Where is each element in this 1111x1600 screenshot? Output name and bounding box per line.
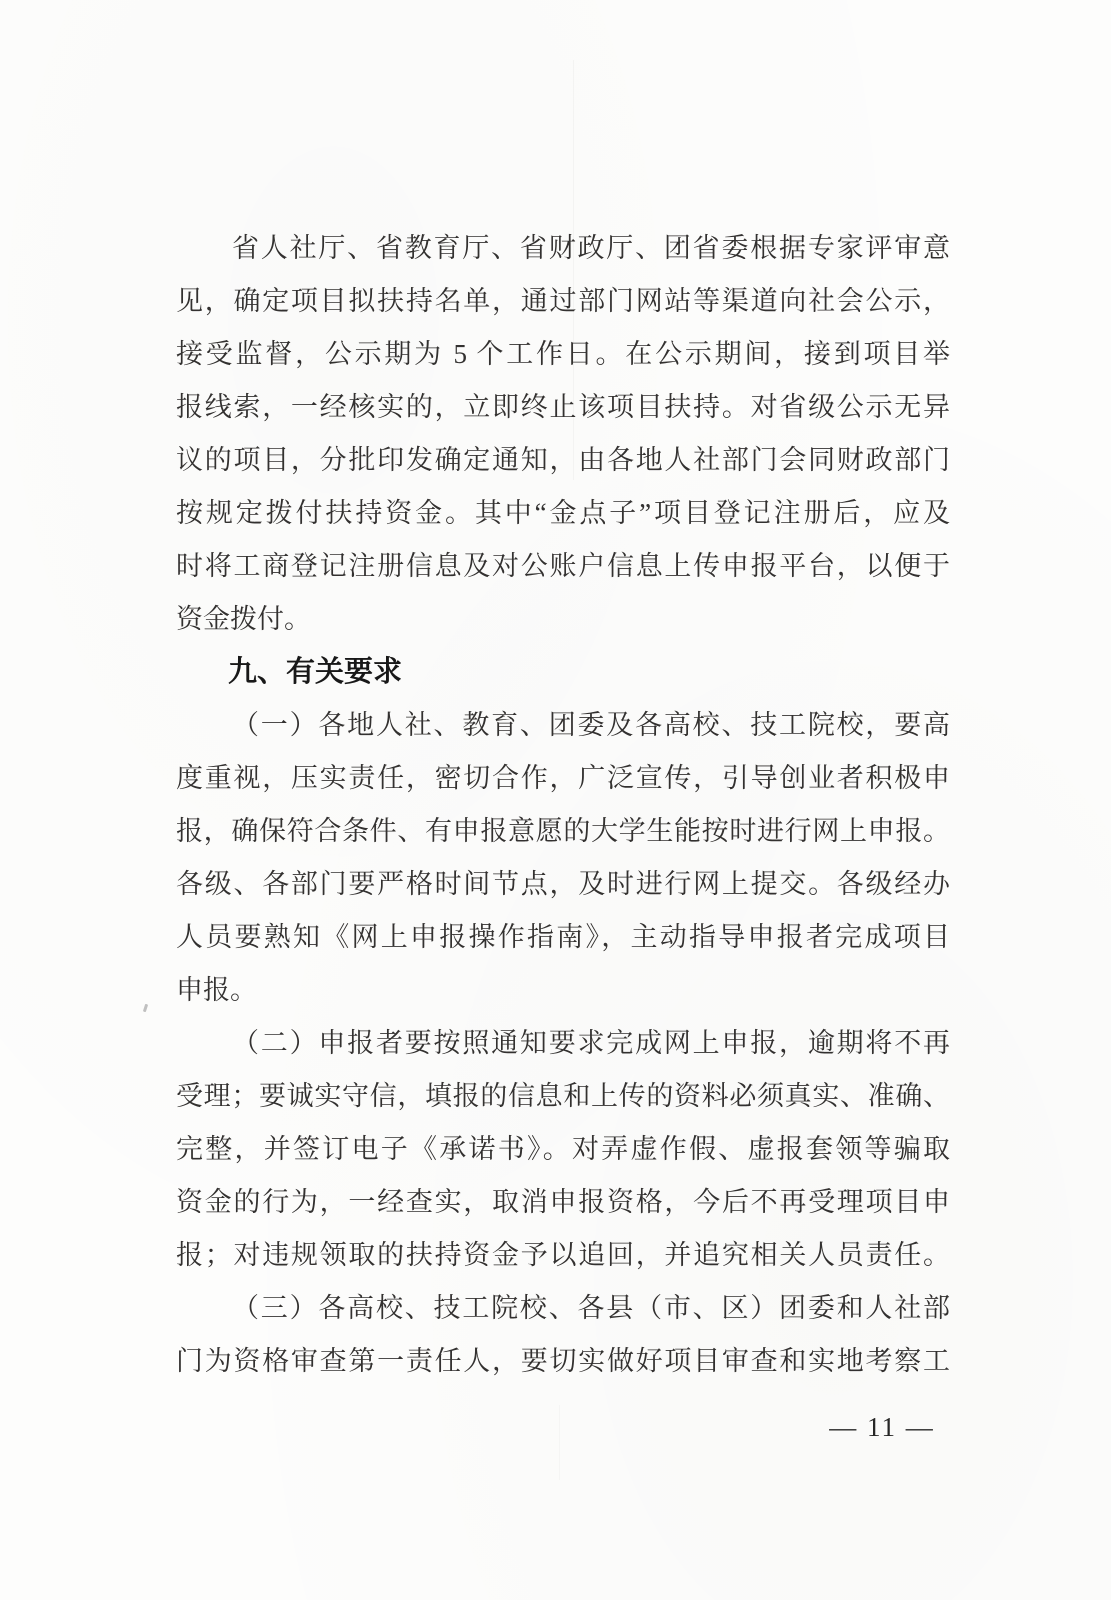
document-line: 人员要熟知《网上申报操作指南》，主动指导申报者完成项目 bbox=[176, 911, 950, 964]
document-line: （一）各地人社、教育、团委及各高校、技工院校，要高 bbox=[176, 699, 950, 752]
document-line: 报，确保符合条件、有申报意愿的大学生能按时进行网上申报。 bbox=[176, 805, 950, 858]
document-line: 度重视，压实责任，密切合作，广泛宣传，引导创业者积极申 bbox=[176, 752, 950, 805]
document-line: 见，确定项目拟扶持名单，通过部门网站等渠道向社会公示， bbox=[176, 275, 950, 328]
document-page: 省人社厅、省教育厅、省财政厅、团省委根据专家评审意 见，确定项目拟扶持名单，通过… bbox=[0, 0, 1111, 1600]
page-number: — 11 — bbox=[820, 1412, 944, 1443]
document-line: 议的项目，分批印发确定通知，由各地人社部门会同财政部门 bbox=[176, 434, 950, 487]
document-line: 报；对违规领取的扶持资金予以追回，并追究相关人员责任。 bbox=[176, 1229, 950, 1282]
document-body: 省人社厅、省教育厅、省财政厅、团省委根据专家评审意 见，确定项目拟扶持名单，通过… bbox=[176, 222, 950, 1388]
document-line: 时将工商登记注册信息及对公账户信息上传申报平台，以便于 bbox=[176, 540, 950, 593]
document-line: （二）申报者要按照通知要求完成网上申报，逾期将不再 bbox=[176, 1017, 950, 1070]
document-line: 省人社厅、省教育厅、省财政厅、团省委根据专家评审意 bbox=[176, 222, 950, 275]
document-line: 门为资格审查第一责任人，要切实做好项目审查和实地考察工 bbox=[176, 1335, 950, 1388]
document-line: 受理；要诚实守信，填报的信息和上传的资料必须真实、准确、 bbox=[176, 1070, 950, 1123]
scan-speck bbox=[143, 1004, 148, 1013]
document-line: 资金拨付。 bbox=[176, 593, 950, 646]
scan-crease bbox=[559, 1405, 560, 1480]
document-line: 完整，并签订电子《承诺书》。对弄虚作假、虚报套领等骗取 bbox=[176, 1123, 950, 1176]
document-line: （三）各高校、技工院校、各县（市、区）团委和人社部 bbox=[176, 1282, 950, 1335]
document-line: 报线索，一经核实的，立即终止该项目扶持。对省级公示无异 bbox=[176, 381, 950, 434]
document-line: 按规定拨付扶持资金。其中“金点子”项目登记注册后，应及 bbox=[176, 487, 950, 540]
document-line: 资金的行为，一经查实，取消申报资格，今后不再受理项目申 bbox=[176, 1176, 950, 1229]
document-line: 接受监督，公示期为 5 个工作日。在公示期间，接到项目举 bbox=[176, 328, 950, 381]
section-heading: 九、有关要求 bbox=[176, 646, 950, 699]
document-line: 申报。 bbox=[176, 964, 950, 1017]
document-line: 各级、各部门要严格时间节点，及时进行网上提交。各级经办 bbox=[176, 858, 950, 911]
